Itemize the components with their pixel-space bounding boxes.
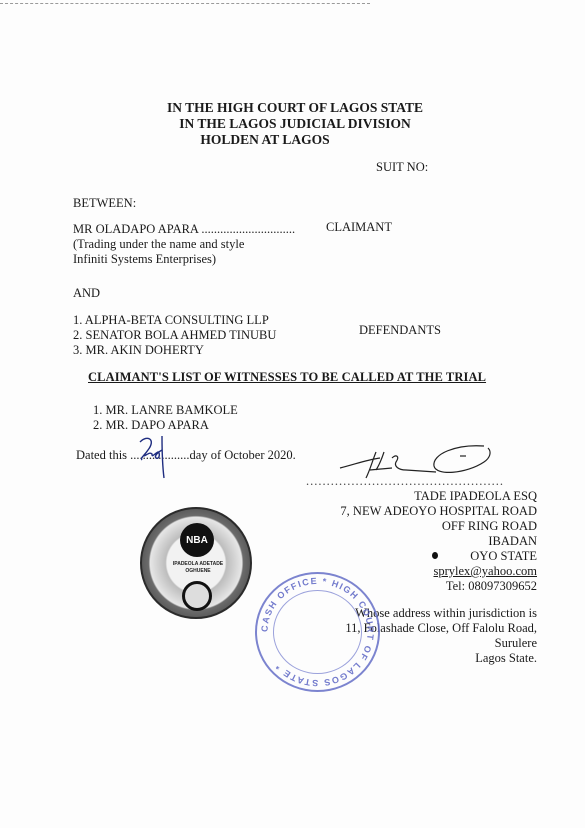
signatory-telephone: Tel: 08097309652 <box>446 579 537 594</box>
signatory-state: OYO STATE <box>470 549 537 564</box>
signatory-address-2: OFF RING ROAD <box>442 519 537 534</box>
cash-office-stamp: CASH OFFICE * HIGH COURT OF LAGOS STATE … <box>255 572 380 692</box>
ink-dot <box>432 552 438 559</box>
between-label: BETWEEN: <box>73 196 136 211</box>
nba-seal-stamp: NBA IPADEOLA ADETADE OGHUENE <box>140 507 252 619</box>
and-label: AND <box>73 286 100 301</box>
defendant-3: 3. MR. AKIN DOHERTY <box>73 343 204 358</box>
witness-2: 2. MR. DAPO APARA <box>93 418 209 433</box>
jurisdiction-address-4: Lagos State. <box>475 651 537 666</box>
signatory-name: TADE IPADEOLA ESQ <box>414 489 537 504</box>
nba-seal-core: NBA <box>180 523 214 557</box>
signatory-email[interactable]: sprylex@yahoo.com <box>433 564 537 579</box>
claimant-role: CLAIMANT <box>326 220 392 235</box>
claimant-note-line-1: (Trading under the name and style <box>73 237 244 252</box>
court-name-heading: IN THE HIGH COURT OF LAGOS STATE <box>130 100 460 116</box>
nba-seal-name: IPADEOLA ADETADE OGHUENE <box>168 561 228 575</box>
cash-office-stamp-text: CASH OFFICE * HIGH COURT OF LAGOS STATE … <box>255 572 380 692</box>
dated-line: Dated this ...................day of Oct… <box>76 448 296 463</box>
handwritten-day-2nd <box>130 432 180 482</box>
signatory-address-1: 7, NEW ADEOYO HOSPITAL ROAD <box>340 504 537 519</box>
witness-1: 1. MR. LANRE BAMKOLE <box>93 403 238 418</box>
claimant-note-line-2: Infiniti Systems Enterprises) <box>73 252 216 267</box>
defendant-2: 2. SENATOR BOLA AHMED TINUBU <box>73 328 276 343</box>
dated-suffix: .........day of October 2020. <box>161 448 295 462</box>
document-title: CLAIMANT'S LIST OF WITNESSES TO BE CALLE… <box>88 370 486 385</box>
scan-edge-line <box>0 3 370 4</box>
signature-dotted-line: ........................................… <box>306 474 504 489</box>
jurisdiction-address-3: Surulere <box>495 636 537 651</box>
holden-heading: HOLDEN AT LAGOS <box>100 132 430 148</box>
signatory-city: IBADAN <box>488 534 537 549</box>
jurisdiction-address-1: Whose address within jurisdiction is <box>355 606 537 621</box>
division-heading: IN THE LAGOS JUDICIAL DIVISION <box>130 116 460 132</box>
claimant-name: MR OLADAPO APARA .......................… <box>73 222 295 237</box>
nba-seal-emblem-icon <box>182 581 212 611</box>
suit-no-label: SUIT NO: <box>376 160 428 175</box>
defendant-1: 1. ALPHA-BETA CONSULTING LLP <box>73 313 269 328</box>
court-document-page: IN THE HIGH COURT OF LAGOS STATE IN THE … <box>0 0 585 828</box>
defendants-role: DEFENDANTS <box>359 323 441 338</box>
svg-text:CASH OFFICE * HIGH COURT OF LA: CASH OFFICE * HIGH COURT OF LAGOS STATE … <box>259 576 375 688</box>
